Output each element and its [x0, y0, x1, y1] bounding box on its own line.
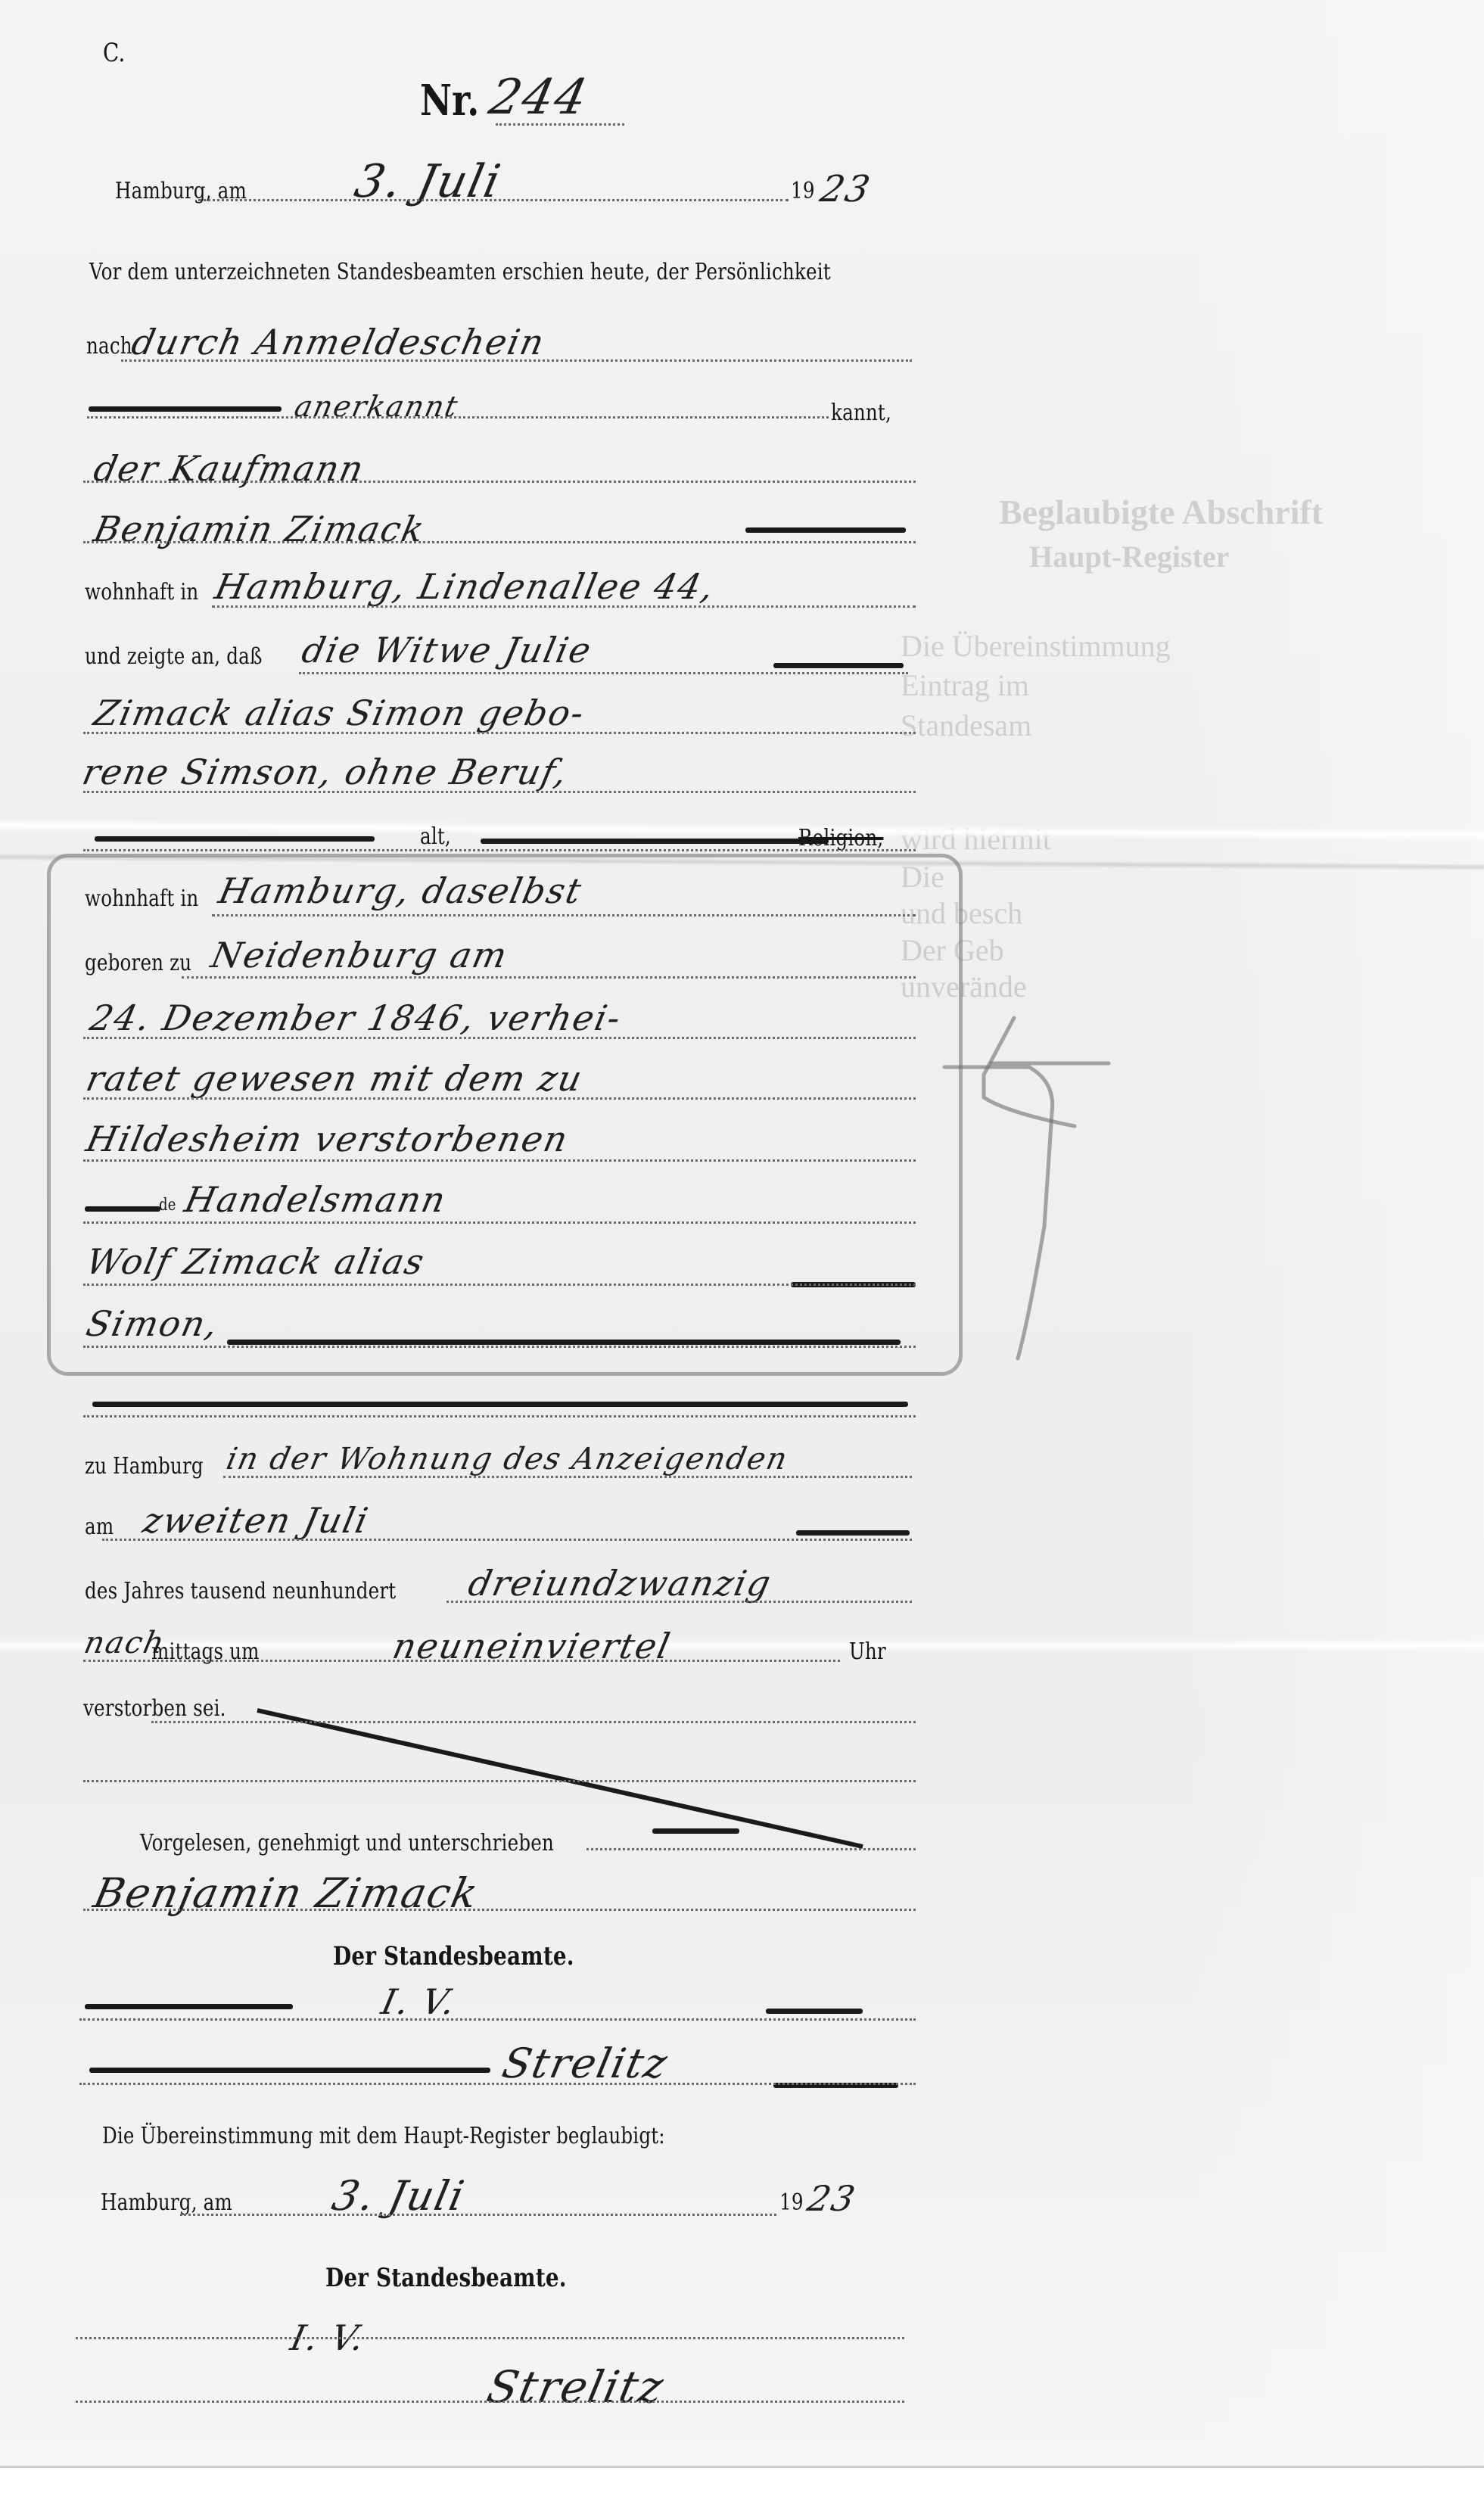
declared-line3: rene Simson, ohne Beruf, — [79, 751, 572, 792]
birth-line7: Simon, — [82, 1303, 222, 1344]
dotted-rule — [79, 2083, 916, 2085]
registrar-deputy: I. V. — [378, 1981, 460, 2022]
filler-bar — [85, 1206, 160, 1212]
birth-line2: 24. Dezember 1846, verhei- — [86, 997, 625, 1038]
dotted-rule — [151, 1721, 916, 1723]
number-value: 244 — [484, 70, 593, 126]
filler-bar — [652, 1828, 739, 1834]
deceased-residence-label: wohnhaft in — [85, 885, 198, 912]
dotted-rule — [83, 1097, 916, 1100]
signoff-label: Vorgelesen, genehmigt und unterschrieben — [140, 1830, 554, 1856]
filler-bar — [92, 1402, 908, 1407]
dotted-rule — [87, 416, 829, 419]
died-label: verstorben sei. — [83, 1695, 226, 1722]
dotted-rule — [83, 1780, 916, 1782]
pencil-line — [944, 1067, 1053, 1358]
informant-residence-label: wohnhaft in — [85, 579, 198, 605]
certification-place-label: Hamburg, am — [101, 2189, 232, 2216]
birth-label: geboren zu — [85, 950, 191, 976]
dotted-rule — [79, 2018, 916, 2021]
declared-line1: die Witwe Julie — [298, 630, 596, 671]
pencil-line — [984, 1018, 1075, 1126]
death-place-label: zu Hamburg — [85, 1453, 204, 1480]
dotted-rule — [83, 1415, 916, 1417]
filler-bar — [89, 2068, 490, 2073]
informant-residence-value: Hamburg, Lindenallee 44, — [211, 566, 719, 607]
birth-line6: Wolf Zimack alias — [82, 1241, 429, 1282]
death-date-value: zweiten Juli — [139, 1500, 372, 1541]
dotted-rule — [496, 123, 624, 126]
filler-bar — [766, 2009, 863, 2014]
dotted-rule — [83, 1221, 916, 1224]
identity-value: durch Anmeldeschein — [128, 322, 549, 363]
death-year-label: des Jahres tausend neunhundert — [85, 1578, 396, 1604]
dotted-rule — [121, 359, 912, 362]
dotted-rule — [212, 914, 916, 916]
filler-bar — [481, 839, 829, 844]
registrar-2-title: Der Standesbeamte. — [325, 2263, 567, 2293]
cancellation-stroke — [257, 1710, 863, 1847]
header-year-value: 23 — [817, 168, 875, 210]
death-date-label: am — [85, 1514, 114, 1540]
death-time-suffix: Uhr — [849, 1638, 886, 1665]
filler-bar — [85, 2004, 293, 2009]
dotted-rule — [83, 791, 916, 793]
birth-line5-prefix: de — [159, 1196, 176, 1215]
death-year-value: dreiundzwanzig — [465, 1563, 776, 1604]
dotted-rule — [83, 1909, 916, 1911]
dotted-rule — [83, 541, 916, 543]
certification-date-value: 3. Juli — [328, 2172, 469, 2220]
header-year-prefix: 19 — [791, 178, 815, 204]
birth-line3: ratet gewesen mit dem zu — [82, 1058, 586, 1099]
dotted-rule — [212, 605, 916, 608]
filler-bar — [745, 527, 906, 533]
birth-line4: Hildesheim verstorbenen — [82, 1119, 572, 1159]
declared-label: und zeigte an, daß — [85, 643, 263, 670]
form-letter: C. — [103, 38, 126, 68]
identity-prefix: nach — [86, 333, 132, 359]
document-page: Beglaubigte Abschrift Haupt-Register Die… — [0, 0, 1484, 2505]
registrar-title: Der Standesbeamte. — [333, 1941, 574, 1971]
dotted-rule — [83, 481, 916, 483]
paper-bottom-edge — [0, 2466, 1484, 2505]
dotted-rule — [83, 1159, 916, 1162]
declared-line2: Zimack alias Simon gebo- — [90, 692, 589, 733]
death-place-value: in der Wohnung des Anzeigenden — [223, 1442, 792, 1477]
certification-year-prefix: 19 — [779, 2189, 804, 2216]
dotted-rule — [83, 732, 916, 734]
religion-label: Religion, — [798, 825, 883, 851]
identity-suffix: kannt, — [831, 400, 891, 426]
deceased-residence-value: Hamburg, daselbst — [215, 870, 586, 911]
dotted-rule — [299, 672, 908, 674]
registrar-2-signature: Strelitz — [483, 2361, 670, 2413]
dotted-rule — [76, 2401, 904, 2403]
dotted-rule — [83, 1660, 840, 1662]
dotted-rule — [83, 1284, 916, 1286]
dotted-rule — [83, 849, 916, 851]
filler-bar — [773, 663, 904, 668]
intro-text: Vor dem unterzeichneten Standesbeamten e… — [89, 259, 831, 285]
dotted-rule — [102, 1539, 912, 1541]
birth-line5: Handelsmann — [181, 1179, 450, 1220]
dotted-rule — [198, 199, 789, 201]
dotted-rule — [76, 2337, 904, 2339]
age-label: alt, — [420, 823, 451, 850]
dotted-rule — [182, 976, 916, 979]
filler-bar — [89, 406, 282, 412]
dotted-rule — [83, 1346, 916, 1348]
dotted-rule — [446, 1601, 912, 1603]
number-label: Nr. — [420, 76, 479, 126]
registrar-signature: Strelitz — [498, 2040, 673, 2087]
certification-year-value: 23 — [804, 2178, 860, 2219]
dotted-rule — [586, 1848, 916, 1850]
certification-text: Die Übereinstimmung mit dem Haupt-Regist… — [102, 2123, 665, 2149]
dotted-rule — [83, 1037, 916, 1039]
filler-bar — [227, 1340, 901, 1345]
birth-line1: Neidenburg am — [207, 935, 512, 976]
filler-bar — [796, 1530, 910, 1536]
dotted-rule — [223, 1476, 912, 1478]
filler-bar — [95, 836, 375, 842]
dotted-rule — [180, 2214, 776, 2216]
